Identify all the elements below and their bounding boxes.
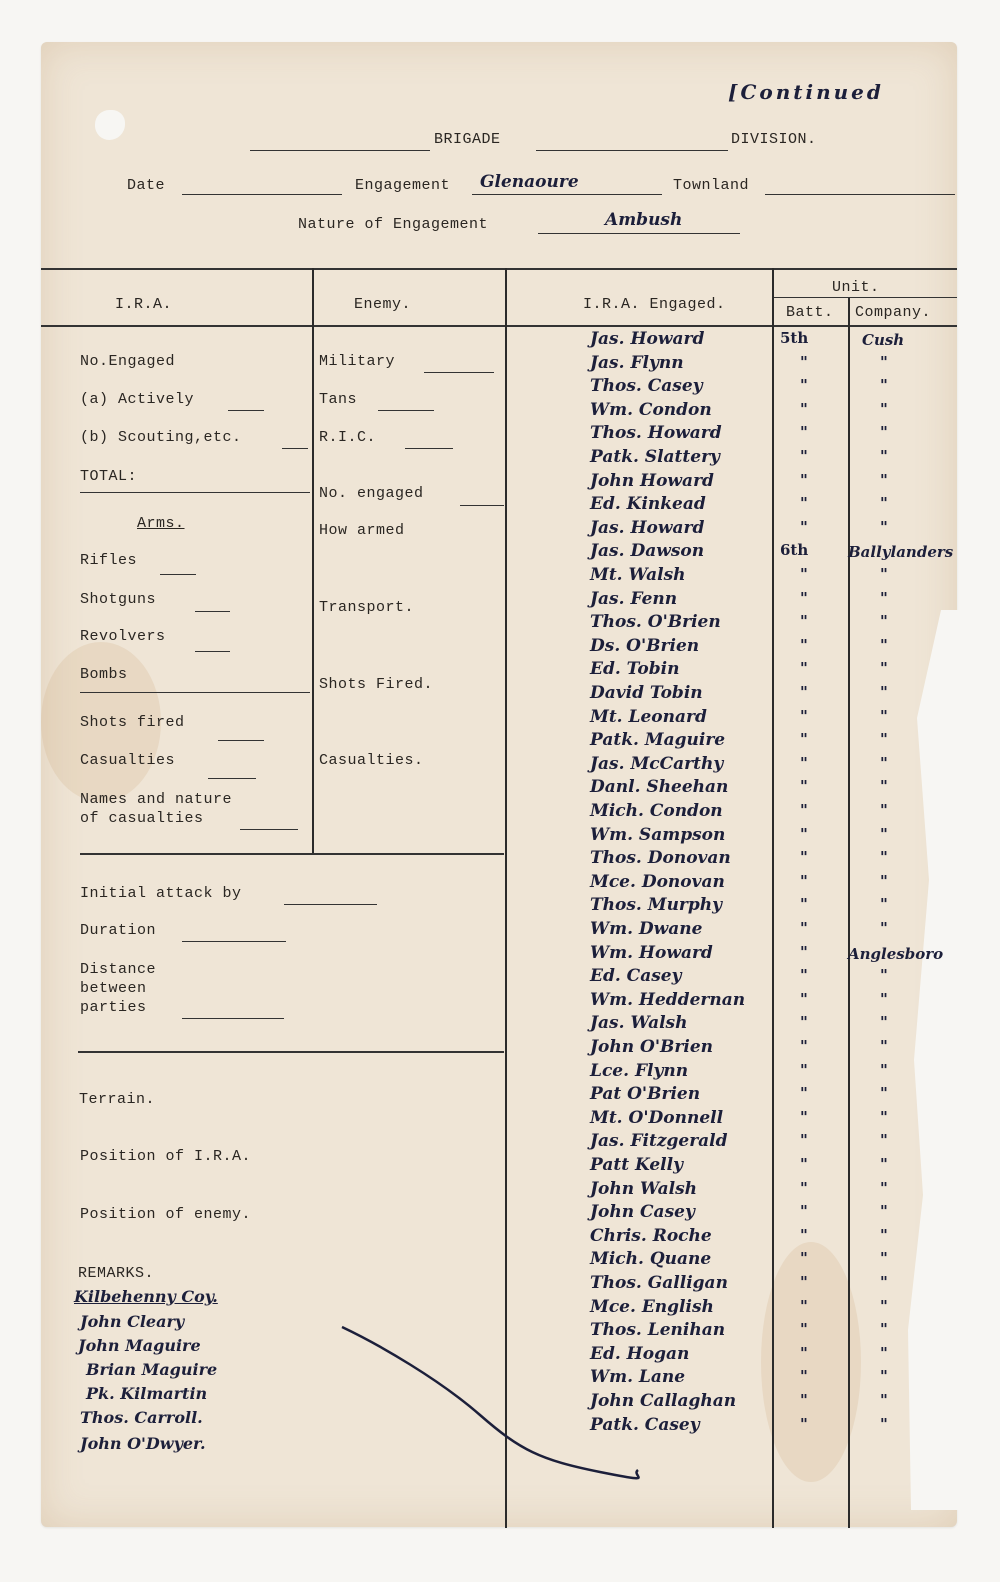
engaged-name: Jas. McCarthy (590, 754, 723, 774)
table-header-rule (41, 325, 957, 327)
engaged-batt: " (800, 659, 808, 677)
engaged-row: Mce. English"" (0, 1297, 1000, 1320)
engaged-company: " (880, 589, 888, 607)
engaged-batt: " (800, 1367, 808, 1385)
engaged-batt: " (800, 919, 808, 937)
engaged-company: Ballylanders (848, 543, 953, 561)
engaged-batt: " (800, 966, 808, 984)
engaged-name: Mce. Donovan (590, 872, 725, 892)
engaged-name: Wm. Howard (590, 943, 713, 963)
engaged-row: Thos. Casey"" (0, 376, 1000, 399)
engaged-batt: " (800, 872, 808, 890)
engaged-name: Mich. Quane (590, 1249, 711, 1269)
engaged-name: Ed. Hogan (590, 1344, 689, 1364)
engaged-name: Wm. Dwane (590, 919, 702, 939)
engaged-company: " (880, 518, 888, 536)
engaged-company: " (880, 1131, 888, 1149)
engaged-company: " (880, 707, 888, 725)
engaged-company: " (880, 1415, 888, 1433)
brigade-label: BRIGADE (434, 131, 501, 148)
header-batt: Batt. (786, 304, 834, 321)
engaged-company: " (880, 848, 888, 866)
engaged-row: Ed. Casey"" (0, 966, 1000, 989)
engaged-company: " (880, 471, 888, 489)
engaged-row: Patk. Casey"" (0, 1415, 1000, 1438)
engaged-name: Danl. Sheehan (590, 777, 728, 797)
engaged-name: Thos. Donovan (590, 848, 731, 868)
engaged-company: " (880, 1367, 888, 1385)
engaged-row: John Callaghan"" (0, 1391, 1000, 1414)
engaged-batt: " (800, 376, 808, 394)
engaged-company: " (880, 1037, 888, 1055)
header-ira: I.R.A. (115, 296, 172, 313)
engaged-company: " (880, 777, 888, 795)
engaged-row: Patk. Slattery"" (0, 447, 1000, 470)
engaged-company: " (880, 1226, 888, 1244)
engaged-company: " (880, 801, 888, 819)
engaged-row: Danl. Sheehan"" (0, 777, 1000, 800)
engaged-row: Wm. Heddernan"" (0, 990, 1000, 1013)
engaged-name: John Walsh (590, 1179, 697, 1199)
engaged-name: Wm. Lane (590, 1367, 685, 1387)
engaged-name: Thos. O'Brien (590, 612, 721, 632)
engaged-batt: " (800, 1391, 808, 1409)
engaged-company: " (880, 447, 888, 465)
engaged-batt: " (800, 848, 808, 866)
engaged-batt: " (800, 1108, 808, 1126)
date-blank (182, 194, 342, 195)
engaged-company: " (880, 1108, 888, 1126)
engagement-label: Engagement (355, 177, 450, 194)
engaged-batt: " (800, 1226, 808, 1244)
engaged-name: Mich. Condon (590, 801, 723, 821)
table-top-rule (41, 268, 957, 270)
engaged-company: " (880, 1013, 888, 1031)
engaged-name: Patk. Maguire (590, 730, 725, 750)
engaged-row: Ds. O'Brien"" (0, 636, 1000, 659)
engaged-row: Jas. Dawson6thBallylanders (0, 541, 1000, 564)
engaged-company: " (880, 565, 888, 583)
engaged-row: Mce. Donovan"" (0, 872, 1000, 895)
engaged-company: " (880, 895, 888, 913)
engaged-company: " (880, 1179, 888, 1197)
engaged-batt: " (800, 1415, 808, 1433)
engaged-row: John Casey"" (0, 1202, 1000, 1225)
continued-note: [Continued (728, 80, 884, 104)
engaged-batt: " (800, 612, 808, 630)
engaged-company: " (880, 1320, 888, 1338)
engaged-row: Wm. Sampson"" (0, 825, 1000, 848)
engaged-name: Ed. Casey (590, 966, 682, 986)
engaged-batt: " (800, 1061, 808, 1079)
engaged-company: " (880, 1344, 888, 1362)
engaged-company: " (880, 1297, 888, 1315)
engaged-row: Jas. Howard5thCush (0, 329, 1000, 352)
engaged-batt: " (800, 1273, 808, 1291)
engaged-batt: " (800, 636, 808, 654)
engaged-name: Pat O'Brien (590, 1084, 700, 1104)
engaged-name: Thos. Lenihan (590, 1320, 725, 1340)
engaged-row: Jas. Walsh"" (0, 1013, 1000, 1036)
engaged-name: Jas. Fitzgerald (590, 1131, 728, 1151)
engaged-batt: " (800, 1131, 808, 1149)
engaged-row: Chris. Roche"" (0, 1226, 1000, 1249)
engaged-company: " (880, 353, 888, 371)
engaged-name: Patk. Casey (590, 1415, 700, 1435)
engaged-company: Anglesboro (848, 945, 943, 963)
engaged-company: " (880, 1084, 888, 1102)
engaged-batt: " (800, 589, 808, 607)
engaged-batt: " (800, 1037, 808, 1055)
engaged-company: " (880, 1273, 888, 1291)
engaged-company: " (880, 1061, 888, 1079)
engaged-name: Patt Kelly (590, 1155, 683, 1175)
engaged-name: Mce. English (590, 1297, 714, 1317)
engaged-name: Wm. Heddernan (590, 990, 745, 1010)
engaged-batt: " (800, 990, 808, 1008)
engaged-row: Thos. Lenihan"" (0, 1320, 1000, 1343)
engaged-batt: " (800, 1344, 808, 1362)
engaged-batt: 6th (780, 541, 808, 559)
engaged-name: John O'Brien (590, 1037, 713, 1057)
engaged-row: Thos. Donovan"" (0, 848, 1000, 871)
engaged-name: Jas. Flynn (590, 353, 684, 373)
engaged-name: Lce. Flynn (590, 1061, 688, 1081)
engaged-row: Ed. Tobin"" (0, 659, 1000, 682)
engaged-row: Pat O'Brien"" (0, 1084, 1000, 1107)
engaged-company: " (880, 423, 888, 441)
engaged-name: Jas. Walsh (590, 1013, 687, 1033)
engaged-batt: " (800, 754, 808, 772)
unit-sub-rule (774, 297, 957, 298)
engaged-batt: " (800, 518, 808, 536)
engaged-company: " (880, 683, 888, 701)
engaged-company: " (880, 494, 888, 512)
engaged-batt: " (800, 1320, 808, 1338)
engaged-row: Jas. Fitzgerald"" (0, 1131, 1000, 1154)
engaged-company: " (880, 1391, 888, 1409)
engaged-row: Ed. Kinkead"" (0, 494, 1000, 517)
engaged-batt: " (800, 801, 808, 819)
division-blank (536, 150, 728, 151)
engaged-company: " (880, 1202, 888, 1220)
header-company: Company. (855, 304, 931, 321)
engaged-name: Thos. Howard (590, 423, 722, 443)
engaged-name: Wm. Sampson (590, 825, 725, 845)
engaged-batt: " (800, 1084, 808, 1102)
engaged-company: " (880, 376, 888, 394)
engaged-company: " (880, 919, 888, 937)
engaged-row: Mt. O'Donnell"" (0, 1108, 1000, 1131)
engaged-row: John O'Brien"" (0, 1037, 1000, 1060)
engaged-row: John Howard"" (0, 471, 1000, 494)
engaged-batt: " (800, 400, 808, 418)
engaged-row: Thos. Murphy"" (0, 895, 1000, 918)
engaged-company: " (880, 872, 888, 890)
engagement-value: Glenaoure (480, 172, 579, 192)
engaged-company: " (880, 825, 888, 843)
engaged-row: Mt. Leonard"" (0, 707, 1000, 730)
engaged-name: Chris. Roche (590, 1226, 712, 1246)
engaged-batt: " (800, 1202, 808, 1220)
date-label: Date (127, 177, 165, 194)
engaged-name: Mt. Leonard (590, 707, 707, 727)
engaged-name: Mt. Walsh (590, 565, 686, 585)
engaged-name: John Howard (590, 471, 714, 491)
engaged-row: Ed. Hogan"" (0, 1344, 1000, 1367)
engaged-company: " (880, 966, 888, 984)
engaged-batt: " (800, 423, 808, 441)
engaged-batt: " (800, 683, 808, 701)
engaged-batt: " (800, 1179, 808, 1197)
engaged-name: Thos. Galligan (590, 1273, 728, 1293)
engaged-row: Thos. O'Brien"" (0, 612, 1000, 635)
engaged-row: Mich. Quane"" (0, 1249, 1000, 1272)
engaged-company: " (880, 1155, 888, 1173)
engaged-company: " (880, 612, 888, 630)
engaged-row: Jas. Fenn"" (0, 589, 1000, 612)
engaged-row: Lce. Flynn"" (0, 1061, 1000, 1084)
engaged-batt: " (800, 1013, 808, 1031)
engaged-name: Ed. Tobin (590, 659, 679, 679)
brigade-blank (250, 150, 430, 151)
engaged-company: " (880, 636, 888, 654)
engaged-batt: " (800, 943, 808, 961)
nature-blank (538, 233, 740, 234)
engaged-name: Jas. Dawson (590, 541, 704, 561)
engaged-batt: " (800, 1155, 808, 1173)
engaged-name: John Casey (590, 1202, 695, 1222)
engaged-row: Patt Kelly"" (0, 1155, 1000, 1178)
header-ira-engaged: I.R.A. Engaged. (583, 296, 726, 313)
engaged-row: Jas. Flynn"" (0, 353, 1000, 376)
engaged-company: Cush (862, 331, 904, 349)
engaged-row: Jas. McCarthy"" (0, 754, 1000, 777)
engaged-batt: " (800, 353, 808, 371)
townland-label: Townland (673, 177, 749, 194)
engaged-name: Patk. Slattery (590, 447, 720, 467)
header-unit: Unit. (832, 279, 880, 296)
engaged-batt: " (800, 471, 808, 489)
engaged-company: " (880, 990, 888, 1008)
engaged-row: John Walsh"" (0, 1179, 1000, 1202)
engaged-row: Wm. Howard"Anglesboro (0, 943, 1000, 966)
engaged-name: Mt. O'Donnell (590, 1108, 723, 1128)
engaged-name: Jas. Howard (590, 518, 704, 538)
header-enemy: Enemy. (354, 296, 411, 313)
engaged-row: Jas. Howard"" (0, 518, 1000, 541)
engaged-company: " (880, 754, 888, 772)
engaged-company: " (880, 659, 888, 677)
engaged-row: Wm. Lane"" (0, 1367, 1000, 1390)
engaged-row: Patk. Maguire"" (0, 730, 1000, 753)
engaged-batt: " (800, 825, 808, 843)
engaged-row: Wm. Condon"" (0, 400, 1000, 423)
engaged-row: Thos. Howard"" (0, 423, 1000, 446)
engaged-name: Thos. Casey (590, 376, 703, 396)
engaged-name: David Tobin (590, 683, 703, 703)
engaged-name: Thos. Murphy (590, 895, 722, 915)
engaged-name: Ed. Kinkead (590, 494, 706, 514)
engaged-company: " (880, 400, 888, 418)
engaged-batt: " (800, 447, 808, 465)
engaged-batt: " (800, 777, 808, 795)
engaged-batt: " (800, 895, 808, 913)
engaged-row: Wm. Dwane"" (0, 919, 1000, 942)
engaged-batt: 5th (780, 329, 808, 347)
engagement-blank (472, 194, 662, 195)
engaged-batt: " (800, 1297, 808, 1315)
engaged-name: Ds. O'Brien (590, 636, 699, 656)
engaged-batt: " (800, 730, 808, 748)
engaged-company: " (880, 730, 888, 748)
engaged-row: Mich. Condon"" (0, 801, 1000, 824)
engaged-name: Jas. Fenn (590, 589, 677, 609)
engaged-row: David Tobin"" (0, 683, 1000, 706)
engaged-name: Wm. Condon (590, 400, 712, 420)
nature-label: Nature of Engagement (298, 216, 488, 233)
nature-value: Ambush (605, 210, 682, 230)
engaged-name: John Callaghan (590, 1391, 736, 1411)
engaged-row: Thos. Galligan"" (0, 1273, 1000, 1296)
townland-blank (765, 194, 955, 195)
engaged-company: " (880, 1249, 888, 1267)
engaged-batt: " (800, 1249, 808, 1267)
division-label: DIVISION. (731, 131, 817, 148)
engaged-name: Jas. Howard (590, 329, 704, 349)
engaged-batt: " (800, 565, 808, 583)
engaged-row: Mt. Walsh"" (0, 565, 1000, 588)
engaged-batt: " (800, 707, 808, 725)
engaged-batt: " (800, 494, 808, 512)
